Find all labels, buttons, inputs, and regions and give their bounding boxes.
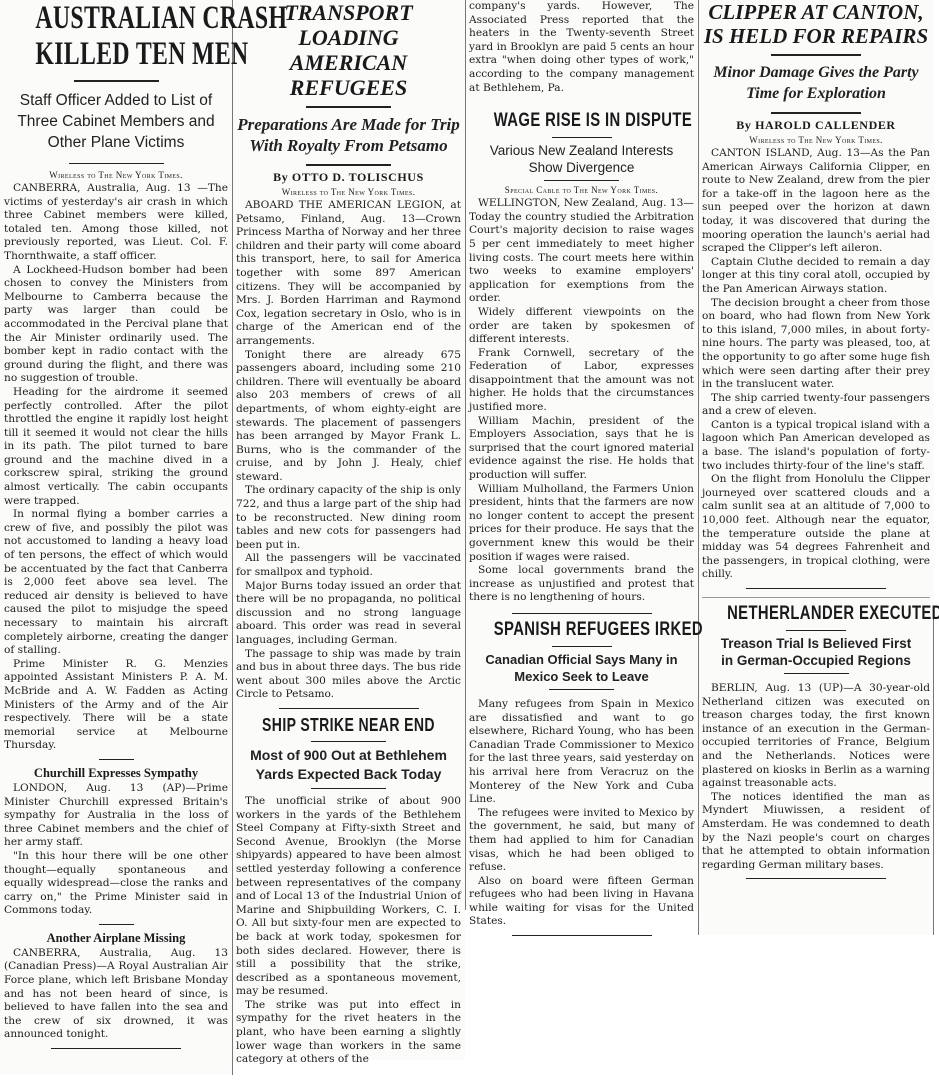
headline: KILLED TEN MEN bbox=[35, 36, 196, 72]
article-wage-rise: WAGE RISE IS IN DISPUTE Various New Zeal… bbox=[469, 109, 694, 605]
divider bbox=[552, 137, 612, 138]
wire-credit: Wireless to The New York Times. bbox=[236, 187, 461, 197]
paragraph: The decision brought a cheer from those … bbox=[702, 297, 930, 392]
subheadline: Various New Zealand Interests bbox=[469, 142, 694, 159]
subheadline: With Royalty From Petsamo bbox=[236, 135, 461, 156]
subheadline: Preparations Are Made for Trip bbox=[236, 114, 461, 135]
subheadline: Canadian Official Says Many in bbox=[469, 651, 694, 668]
article-body: WELLINGTON, New Zealand, Aug. 13—Today t… bbox=[469, 197, 694, 605]
divider bbox=[552, 646, 612, 647]
paragraph: Widely different viewpoints on the order… bbox=[469, 306, 694, 347]
article-body: Many refugees from Spain in Mexico are d… bbox=[469, 698, 694, 929]
paragraph: Frank Cornwell, secretary of the Federat… bbox=[469, 347, 694, 415]
subheadline: Treason Trial Is Believed First bbox=[702, 635, 930, 652]
paragraph: Prime Minister R. G. Menzies appointed A… bbox=[4, 658, 228, 753]
paragraph: CANBERRA, Australia, Aug. 13 —The victim… bbox=[4, 182, 228, 264]
headline: SHIP STRIKE NEAR END bbox=[261, 713, 437, 737]
paragraph: BERLIN, Aug. 13 (UP)—A 30-year-old Nethe… bbox=[702, 682, 930, 791]
paragraph: ABOARD THE AMERICAN LEGION, at Petsamo, … bbox=[236, 199, 461, 349]
subheadline: Mexico Seek to Leave bbox=[469, 668, 694, 685]
paragraph: In normal flying a bomber carries a crew… bbox=[4, 508, 228, 658]
paragraph: William Machin, president of the Employe… bbox=[469, 415, 694, 483]
byline: By OTTO D. TOLISCHUS bbox=[236, 170, 461, 185]
paragraph: Captain Cluthe decided to remain a day l… bbox=[702, 256, 930, 297]
article-body: CANTON ISLAND, Aug. 13—As the Pan Americ… bbox=[702, 147, 930, 582]
divider bbox=[512, 613, 652, 614]
divider bbox=[279, 708, 419, 709]
paragraph: All the passengers will be vaccinated fo… bbox=[236, 552, 461, 579]
subheadline: Minor Damage Gives the Party bbox=[702, 62, 930, 83]
paragraph: Many refugees from Spain in Mexico are d… bbox=[469, 698, 694, 807]
divider bbox=[746, 588, 886, 589]
headline: TRANSPORT LOADING bbox=[236, 0, 461, 50]
paragraph: The notices identified the man as Mynder… bbox=[702, 791, 930, 873]
divider bbox=[771, 54, 861, 56]
divider bbox=[74, 80, 159, 82]
subheadline: Staff Officer Added to List of bbox=[4, 90, 228, 111]
paragraph: WELLINGTON, New Zealand, Aug. 13—Today t… bbox=[469, 197, 694, 306]
article-netherlander-executed: NETHERLANDER EXECUTED Treason Trial Is B… bbox=[702, 597, 930, 879]
paragraph: LONDON, Aug. 13 (AP)—Prime Minister Chur… bbox=[4, 782, 228, 850]
headline: AUSTRALIAN CRASH bbox=[35, 0, 196, 36]
article-body: CANBERRA, Australia, Aug. 13 —The victim… bbox=[4, 182, 228, 1049]
article-body: BERLIN, Aug. 13 (UP)—A 30-year-old Nethe… bbox=[702, 682, 930, 872]
paragraph: The ship carried twenty-four passengers … bbox=[702, 392, 930, 419]
paragraph: Canton is a typical tropical island with… bbox=[702, 419, 930, 473]
paragraph: The refugees were invited to Mexico by t… bbox=[469, 807, 694, 875]
column-rule bbox=[465, 0, 466, 910]
headline: WAGE RISE IS IN DISPUTE bbox=[494, 109, 670, 133]
headline: AMERICAN REFUGEES bbox=[236, 50, 461, 100]
paragraph: The strike was put into effect in sympat… bbox=[236, 999, 461, 1067]
paragraph: Heading for the airdrome it seemed perfe… bbox=[4, 386, 228, 508]
article-australian-crash: AUSTRALIAN CRASH KILLED TEN MEN Staff Of… bbox=[4, 0, 228, 1055]
wire-credit: Wireless to The New York Times. bbox=[4, 170, 228, 180]
paragraph: Major Burns today issued an order that t… bbox=[236, 580, 461, 648]
headline: IS HELD FOR REPAIRS bbox=[702, 24, 930, 48]
article-body: ABOARD THE AMERICAN LEGION, at Petsamo, … bbox=[236, 199, 461, 702]
paragraph: company's yards. However, The Associated… bbox=[469, 0, 694, 95]
article-spanish-refugees: SPANISH REFUGEES IRKED Canadian Official… bbox=[469, 618, 694, 936]
ship-strike-continuation: company's yards. However, The Associated… bbox=[469, 0, 694, 95]
divider bbox=[306, 106, 391, 108]
paragraph: Tonight there are already 675 passengers… bbox=[236, 349, 461, 485]
paragraph: William Mulholland, the Farmers Union pr… bbox=[469, 483, 694, 565]
divider bbox=[786, 630, 846, 631]
byline: By HAROLD CALLENDER bbox=[702, 118, 930, 133]
article-transport-refugees: TRANSPORT LOADING AMERICAN REFUGEES Prep… bbox=[236, 0, 461, 1067]
subheadline: Yards Expected Back Today bbox=[236, 765, 461, 784]
headline: CLIPPER AT CANTON, bbox=[702, 0, 930, 24]
paragraph: On the flight from Honolulu the Clipper … bbox=[702, 473, 930, 582]
subheadline: Time for Exploration bbox=[702, 83, 930, 104]
paragraph: The ordinary capacity of the ship is onl… bbox=[236, 484, 461, 552]
divider bbox=[512, 935, 652, 936]
divider bbox=[69, 163, 164, 164]
divider bbox=[99, 924, 134, 925]
column-4: CLIPPER AT CANTON, IS HELD FOR REPAIRS M… bbox=[702, 0, 930, 885]
headline: SPANISH REFUGEES IRKED bbox=[494, 618, 670, 642]
divider bbox=[311, 788, 386, 789]
paragraph: "In this hour there will be one other th… bbox=[4, 850, 228, 918]
divider bbox=[549, 689, 614, 690]
wire-credit: Wireless to The New York Times. bbox=[702, 135, 930, 145]
divider bbox=[99, 759, 134, 760]
subheadline: Show Divergence bbox=[469, 159, 694, 176]
paragraph: A Lockheed-Hudson bomber had been chosen… bbox=[4, 264, 228, 386]
divider bbox=[771, 112, 861, 114]
divider bbox=[306, 164, 391, 166]
article-ship-strike: SHIP STRIKE NEAR END Most of 900 Out at … bbox=[236, 713, 461, 1067]
paragraph: CANTON ISLAND, Aug. 13—As the Pan Americ… bbox=[702, 147, 930, 256]
column-rule bbox=[933, 618, 934, 935]
paragraph: CANBERRA, Australia, Aug. 13 (Canadian P… bbox=[4, 947, 228, 1042]
divider bbox=[784, 673, 849, 674]
column-rule bbox=[232, 0, 233, 1075]
article-clipper-canton: CLIPPER AT CANTON, IS HELD FOR REPAIRS M… bbox=[702, 0, 930, 589]
section-heading: Another Airplane Missing bbox=[4, 931, 228, 946]
subheadline: Most of 900 Out at Bethlehem bbox=[236, 746, 461, 765]
column-rule bbox=[698, 0, 699, 935]
column-3: company's yards. However, The Associated… bbox=[469, 0, 694, 942]
article-body: The unofficial strike of about 900 worke… bbox=[236, 795, 461, 1067]
wire-credit: Special Cable to The New York Times. bbox=[469, 185, 694, 195]
subheadline: Other Plane Victims bbox=[4, 132, 228, 153]
paragraph: Also on board were fifteen German refuge… bbox=[469, 875, 694, 929]
paragraph: The passage to ship was made by train an… bbox=[236, 648, 461, 702]
divider bbox=[544, 180, 619, 181]
paragraph: Some local governments brand the increas… bbox=[469, 564, 694, 605]
subheadline: in German-Occupied Regions bbox=[702, 652, 930, 669]
headline: NETHERLANDER EXECUTED bbox=[727, 602, 905, 626]
section-heading: Churchill Expresses Sympathy bbox=[4, 766, 228, 781]
divider bbox=[311, 741, 386, 742]
divider bbox=[746, 878, 886, 879]
divider bbox=[51, 1048, 181, 1049]
subheadline: Three Cabinet Members and bbox=[4, 111, 228, 132]
paragraph: The unofficial strike of about 900 worke… bbox=[236, 795, 461, 999]
